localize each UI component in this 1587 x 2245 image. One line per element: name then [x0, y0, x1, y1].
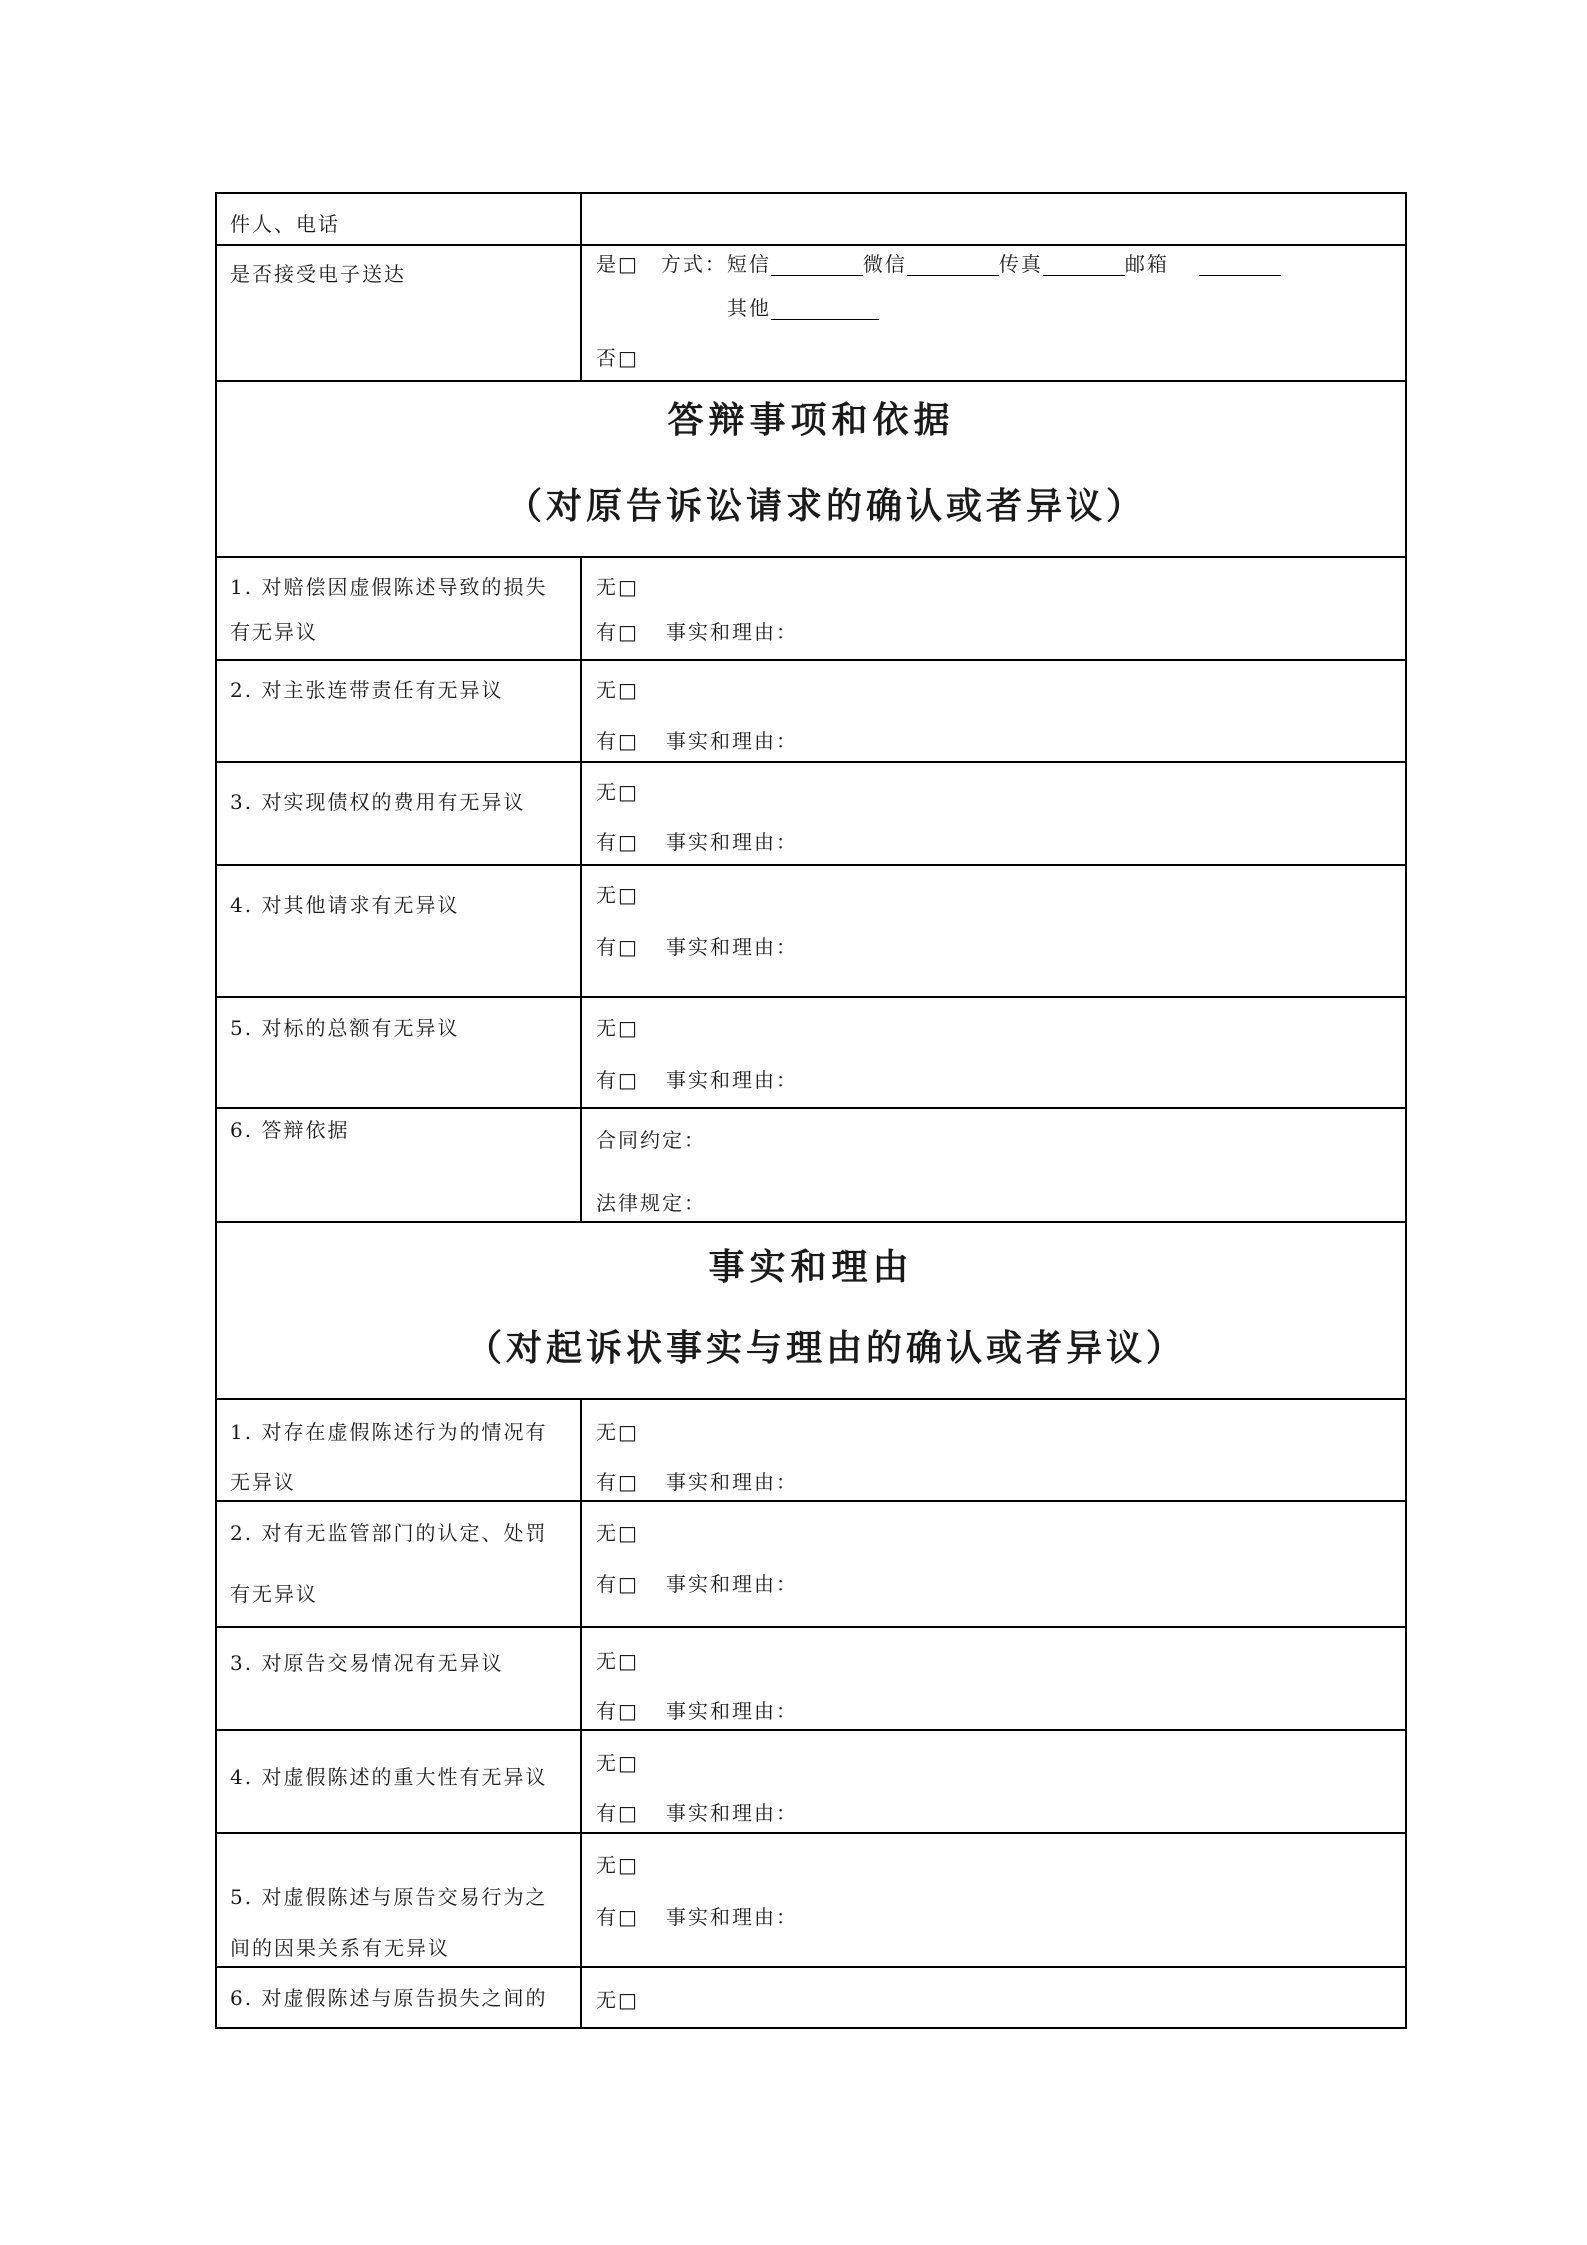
- s2-row4-label: 4. 对虚假陈述的重大性有无异议: [230, 1765, 547, 1789]
- other-blank[interactable]: [771, 299, 879, 320]
- s2-row5-label-line2: 间的因果关系有无异议: [230, 1936, 450, 1960]
- row-divider: [215, 1832, 1407, 1834]
- row-divider: [215, 244, 1407, 246]
- other-method-line: 其他: [727, 296, 879, 320]
- s2-row2-yes-checkbox[interactable]: 有□: [596, 1572, 639, 1596]
- other-label: 其他: [727, 296, 771, 320]
- s2-row3-label: 3. 对原告交易情况有无异议: [230, 1651, 503, 1675]
- s1-row2-no-checkbox[interactable]: 无□: [596, 678, 639, 702]
- s2-row2-label-line2: 有无异议: [230, 1582, 318, 1606]
- row-divider: [215, 996, 1407, 998]
- s2-row4-yes-checkbox[interactable]: 有□: [596, 1801, 639, 1825]
- column-divider: [580, 192, 582, 380]
- s1-row1-label-line1: 1. 对赔偿因虚假陈述导致的损失: [230, 575, 547, 599]
- s1-row3-yes-checkbox[interactable]: 有□: [596, 830, 639, 854]
- s2-row3-no-checkbox[interactable]: 无□: [596, 1649, 639, 1673]
- s2-row1-no-checkbox[interactable]: 无□: [596, 1420, 639, 1444]
- s2-row2-no-checkbox[interactable]: 无□: [596, 1521, 639, 1545]
- s2-row6-label: 6. 对虚假陈述与原告损失之间的: [230, 1986, 547, 2010]
- row-divider: [215, 1966, 1407, 1968]
- s1-row4-label: 4. 对其他请求有无异议: [230, 893, 459, 917]
- column-divider: [580, 1398, 582, 2029]
- s1-row5-label: 5. 对标的总额有无异议: [230, 1016, 459, 1040]
- fax-label: 传真: [999, 252, 1043, 276]
- sms-label: 短信: [727, 252, 771, 276]
- row-divider: [215, 1500, 1407, 1502]
- s1-row1-label-line2: 有无异议: [230, 620, 318, 644]
- s1-row3-no-checkbox[interactable]: 无□: [596, 780, 639, 804]
- e-service-no-checkbox[interactable]: 否□: [596, 346, 639, 370]
- row-divider: [215, 380, 1407, 382]
- s2-row4-no-checkbox[interactable]: 无□: [596, 1751, 639, 1775]
- s1-row2-label: 2. 对主张连带责任有无异议: [230, 678, 503, 702]
- e-service-yes-checkbox[interactable]: 是□: [596, 252, 639, 276]
- s2-row3-reason-label: 事实和理由：: [666, 1699, 798, 1723]
- e-service-options-line: 是□方式：短信微信传真邮箱: [596, 252, 1281, 276]
- s1-row5-yes-checkbox[interactable]: 有□: [596, 1068, 639, 1092]
- s2-row5-yes-checkbox[interactable]: 有□: [596, 1905, 639, 1929]
- s2-row1-label-line1: 1. 对存在虚假陈述行为的情况有: [230, 1420, 547, 1444]
- s2-row1-yes-checkbox[interactable]: 有□: [596, 1470, 639, 1494]
- s1-row2-reason-label: 事实和理由：: [666, 729, 798, 753]
- s1-row4-yes-checkbox[interactable]: 有□: [596, 935, 639, 959]
- row-divider: [215, 1729, 1407, 1731]
- s1-basis-label: 6. 答辩依据: [230, 1118, 349, 1142]
- s2-row6-no-checkbox[interactable]: 无□: [596, 1988, 639, 2012]
- wechat-label: 微信: [863, 252, 907, 276]
- row-divider: [215, 1107, 1407, 1109]
- s1-row3-reason-label: 事实和理由：: [666, 830, 798, 854]
- s1-row5-reason-label: 事实和理由：: [666, 1068, 798, 1092]
- s1-row1-reason-label: 事实和理由：: [666, 620, 798, 644]
- s1-row1-no-checkbox[interactable]: 无□: [596, 575, 639, 599]
- row-divider: [215, 556, 1407, 558]
- row-divider: [215, 864, 1407, 866]
- email-blank[interactable]: [1199, 255, 1281, 276]
- s2-row4-reason-label: 事实和理由：: [666, 1801, 798, 1825]
- s2-row5-no-checkbox[interactable]: 无□: [596, 1853, 639, 1877]
- s1-row4-reason-label: 事实和理由：: [666, 935, 798, 959]
- legal-provisions-field[interactable]: 法律规定：: [596, 1191, 706, 1215]
- s2-row5-reason-label: 事实和理由：: [666, 1905, 798, 1929]
- s2-row2-reason-label: 事实和理由：: [666, 1572, 798, 1596]
- section2-subtitle: （对起诉状事实与理由的确认或者异议）: [215, 1326, 1407, 1370]
- column-divider: [580, 556, 582, 1221]
- section1-title: 答辩事项和依据: [215, 398, 1407, 442]
- row-divider: [215, 761, 1407, 763]
- method-label: 方式：: [661, 252, 727, 276]
- row-divider: [215, 659, 1407, 661]
- s1-row4-no-checkbox[interactable]: 无□: [596, 883, 639, 907]
- email-label: 邮箱: [1125, 252, 1169, 276]
- s2-row1-reason-label: 事实和理由：: [666, 1470, 798, 1494]
- section2-title: 事实和理由: [215, 1245, 1407, 1289]
- contact-label: 件人、电话: [230, 212, 340, 236]
- s2-row5-label-line1: 5. 对虚假陈述与原告交易行为之: [230, 1885, 547, 1909]
- fax-blank[interactable]: [1043, 255, 1125, 276]
- defense-form-table: [215, 192, 1407, 2029]
- sms-blank[interactable]: [771, 255, 863, 276]
- s2-row1-label-line2: 无异议: [230, 1470, 296, 1494]
- wechat-blank[interactable]: [907, 255, 999, 276]
- row-divider: [215, 1398, 1407, 1400]
- s2-row2-label-line1: 2. 对有无监管部门的认定、处罚: [230, 1521, 547, 1545]
- s1-row1-yes-checkbox[interactable]: 有□: [596, 620, 639, 644]
- s2-row3-yes-checkbox[interactable]: 有□: [596, 1699, 639, 1723]
- row-divider: [215, 1221, 1407, 1223]
- s1-row2-yes-checkbox[interactable]: 有□: [596, 729, 639, 753]
- contract-terms-field[interactable]: 合同约定：: [596, 1128, 706, 1152]
- s1-row5-no-checkbox[interactable]: 无□: [596, 1016, 639, 1040]
- e-service-label: 是否接受电子送达: [230, 262, 406, 286]
- section1-subtitle: （对原告诉讼请求的确认或者异议）: [215, 484, 1407, 528]
- document-page: 件人、电话 是否接受电子送达 是□方式：短信微信传真邮箱 其他 否□ 答辩事项和…: [0, 0, 1587, 2245]
- s1-row3-label: 3. 对实现债权的费用有无异议: [230, 790, 525, 814]
- row-divider: [215, 1626, 1407, 1628]
